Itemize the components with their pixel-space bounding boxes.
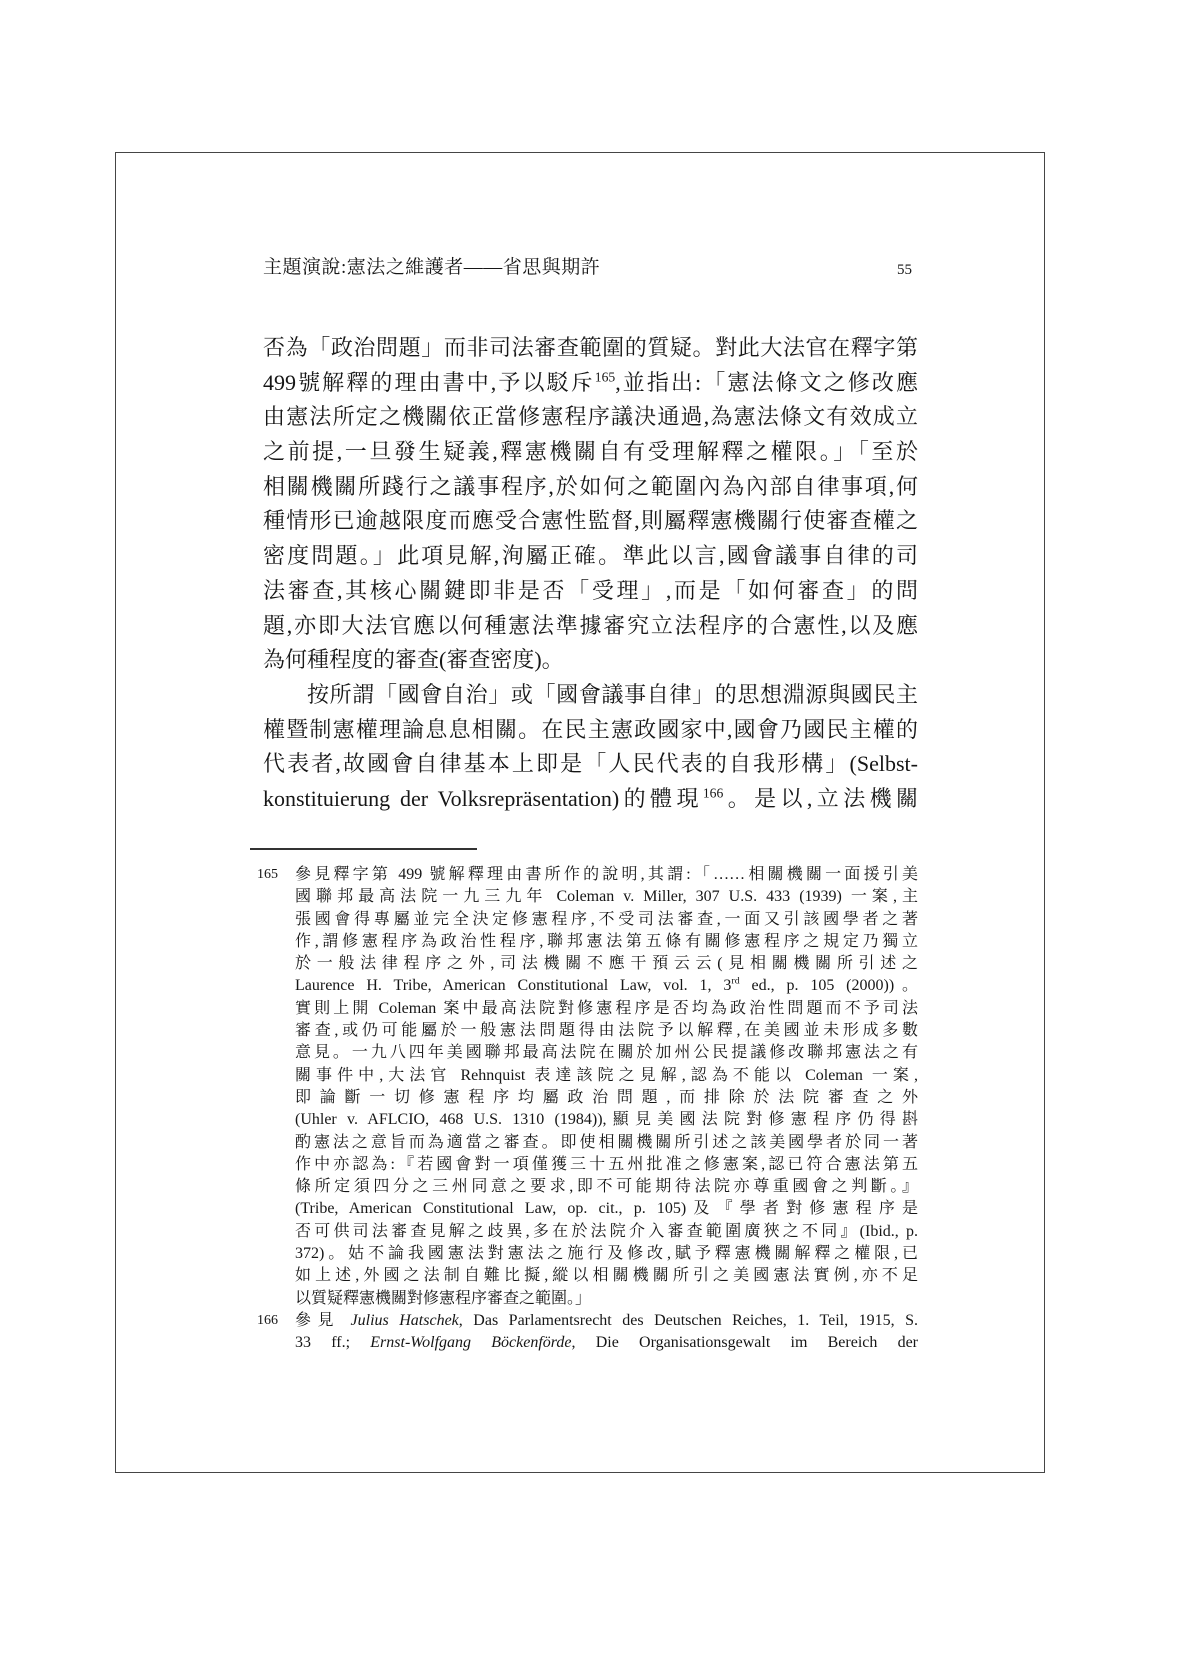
text-line: 否可供司法審查見解之歧異,多在於法院介入審查範圍廣狹之不同』(Ibid., p. [295, 1221, 918, 1243]
text-segment: 於一般法律程序之外,司法機關不應干預云云(見相關機關所引述之 [295, 955, 918, 972]
footnote-reference: rd [731, 976, 739, 987]
text-line: 代表者,故國會自律基本上即是「人民代表的自我形構」(Selbst- [263, 747, 918, 782]
text-line: Laurence H. Tribe, American Constitution… [295, 975, 918, 997]
text-line: 參見 Julius Hatschek, Das Parlamentsrecht … [295, 1310, 918, 1332]
text-segment: (Tribe, American Constitutional Law, op.… [295, 1200, 918, 1217]
text-segment: 審查,或仍可能屬於一般憲法問題得由法院予以解釋,在美國並未形成多數 [295, 1022, 918, 1039]
text-segment: 代表者,故國會自律基本上即是「人民代表的自我形構」(Selbst- [263, 751, 918, 776]
text-line: 張國會得專屬並完全決定修憲程序,不受司法審查,一面又引該國學者之著 [295, 909, 918, 931]
text-segment: 法審查,其核心關鍵即非是否「受理」,而是「如何審查」的問 [263, 578, 918, 603]
text-segment: 相關機關所踐行之議事程序,於如何之範圍內為內部自律事項,何 [263, 474, 918, 499]
text-line: 372)。姑不論我國憲法對憲法之施行及修改,賦予釋憲機關解釋之權限,已 [295, 1243, 918, 1265]
text-line: konstituierung der Volksrepräsentation)的… [263, 782, 918, 817]
text-line: 為何種程度的審查(審查密度)。 [263, 643, 918, 678]
text-line: 作中亦認為:『若國會對一項僅獲三十五州批准之修憲案,認已符合憲法第五 [295, 1154, 918, 1176]
footnote-separator-rule [250, 848, 477, 850]
footnote-number: 165 [257, 864, 278, 886]
text-line: 相關機關所踐行之議事程序,於如何之範圍內為內部自律事項,何 [263, 470, 918, 505]
page-title: 主題演說:憲法之維護者——省思與期許 [263, 254, 600, 282]
text-line: 由憲法所定之機關依正當修憲程序議決通過,為憲法條文有效成立 [263, 400, 918, 435]
text-segment: 種情形已逾越限度而應受合憲性監督,則屬釋憲機關行使審查權之 [263, 508, 918, 533]
text-segment: 33 ff.; [295, 1334, 370, 1351]
text-line: 按所謂「國會自治」或「國會議事自律」的思想淵源與國民主 [263, 678, 918, 713]
text-line: 權暨制憲權理論息息相關。在民主憲政國家中,國會乃國民主權的 [263, 713, 918, 748]
text-segment: ed., p. 105 (2000))。 [740, 977, 918, 994]
footnote-number: 166 [257, 1310, 278, 1332]
text-segment: 如上述,外國之法制自難比擬,縱以相關機關所引之美國憲法實例,亦不足 [295, 1267, 918, 1284]
text-segment: 參見 [295, 1312, 351, 1329]
text-line: 於一般法律程序之外,司法機關不應干預云云(見相關機關所引述之 [295, 953, 918, 975]
footnote-166: 166參見 Julius Hatschek, Das Parlamentsrec… [257, 1310, 918, 1355]
text-segment: 由憲法所定之機關依正當修憲程序議決通過,為憲法條文有效成立 [263, 404, 918, 429]
text-segment: ,並指出:「憲法條文之修改應 [615, 370, 918, 395]
footnote-reference: 166 [703, 786, 723, 801]
text-line: 審查,或仍可能屬於一般憲法問題得由法院予以解釋,在美國並未形成多數 [295, 1020, 918, 1042]
text-line: 法審查,其核心關鍵即非是否「受理」,而是「如何審查」的問 [263, 574, 918, 609]
footnote-165: 165參見釋字第 499 號解釋理由書所作的說明,其謂:「……相關機關一面援引美… [257, 864, 918, 1310]
text-segment: 題,亦即大法官應以何種憲法準據審究立法程序的合憲性,以及應 [263, 613, 918, 638]
text-segment: 國聯邦最高法院一九三九年 Coleman v. Miller, 307 U.S.… [295, 888, 918, 905]
text-segment: 意見。一九八四年美國聯邦最高法院在關於加州公民提議修改聯邦憲法之有 [295, 1044, 918, 1061]
text-line: 意見。一九八四年美國聯邦最高法院在關於加州公民提議修改聯邦憲法之有 [295, 1042, 918, 1064]
text-segment: 。是以,立法機關 [723, 786, 918, 811]
text-line: 作,謂修憲程序為政治性程序,聯邦憲法第五條有關修憲程序之規定乃獨立 [295, 931, 918, 953]
text-segment: 499號解釋的理由書中,予以駁斥 [263, 370, 595, 395]
text-segment: 以質疑釋憲機關對修憲程序審查之範圍。」 [295, 1290, 591, 1307]
footnote-reference: 165 [595, 369, 615, 384]
text-segment: 實則上開 Coleman 案中最高法院對修憲程序是否均為政治性問題而不予司法 [295, 1000, 918, 1017]
text-segment: 酌憲法之意旨而為適當之審查。即使相關機關所引述之該美國學者於同一著 [295, 1134, 918, 1151]
text-segment: 為何種程度的審查(審查密度)。 [263, 647, 564, 672]
text-line: 題,亦即大法官應以何種憲法準據審究立法程序的合憲性,以及應 [263, 609, 918, 644]
text-segment: 條所定須四分之三州同意之要求,即不可能期待法院亦尊重國會之判斷。』 [295, 1178, 918, 1195]
text-line: 以質疑釋憲機關對修憲程序審查之範圍。」 [295, 1288, 918, 1310]
text-line: (Uhler v. AFLCIO, 468 U.S. 1310 (1984)),… [295, 1109, 918, 1131]
text-segment: Julius Hatschek [351, 1312, 459, 1329]
text-line: 33 ff.; Ernst-Wolfgang Böckenförde, Die … [295, 1332, 918, 1354]
text-line: 如上述,外國之法制自難比擬,縱以相關機關所引之美國憲法實例,亦不足 [295, 1265, 918, 1287]
text-line: 關事件中,大法官 Rehnquist 表達該院之見解,認為不能以 Coleman… [295, 1065, 918, 1087]
document-page: { "colors": { "text": "#161616", "border… [0, 0, 1177, 1664]
text-line: 條所定須四分之三州同意之要求,即不可能期待法院亦尊重國會之判斷。』 [295, 1176, 918, 1198]
text-line: 密度問題。」此項見解,洵屬正確。準此以言,國會議事自律的司 [263, 539, 918, 574]
page-number: 55 [897, 258, 918, 282]
text-line: (Tribe, American Constitutional Law, op.… [295, 1198, 918, 1220]
text-line: 國聯邦最高法院一九三九年 Coleman v. Miller, 307 U.S.… [295, 886, 918, 908]
text-line: 之前提,一旦發生疑義,釋憲機關自有受理解釋之權限。」「至於 [263, 435, 918, 470]
text-segment: 權暨制憲權理論息息相關。在民主憲政國家中,國會乃國民主權的 [263, 717, 918, 742]
text-segment: 即論斷一切修憲程序均屬政治問題,而排除於法院審查之外 [295, 1089, 918, 1106]
text-line: 參見釋字第 499 號解釋理由書所作的說明,其謂:「……相關機關一面援引美 [295, 864, 918, 886]
text-segment: 否可供司法審查見解之歧異,多在於法院介入審查範圍廣狹之不同』(Ibid., p. [295, 1223, 918, 1240]
text-segment: 之前提,一旦發生疑義,釋憲機關自有受理解釋之權限。」「至於 [263, 439, 918, 464]
text-segment: 參見釋字第 499 號解釋理由書所作的說明,其謂:「……相關機關一面援引美 [295, 866, 918, 883]
text-segment: 密度問題。」此項見解,洵屬正確。準此以言,國會議事自律的司 [263, 543, 918, 568]
text-segment: Ernst-Wolfgang Böckenförde [370, 1334, 571, 1351]
text-segment: , Die Organisationsgewalt im Bereich der [572, 1334, 919, 1351]
text-segment: 否為「政治問題」而非司法審查範圍的質疑。對此大法官在釋字第 [263, 335, 918, 360]
text-line: 即論斷一切修憲程序均屬政治問題,而排除於法院審查之外 [295, 1087, 918, 1109]
text-segment: 關事件中,大法官 Rehnquist 表達該院之見解,認為不能以 Coleman… [295, 1067, 918, 1084]
body-text: 否為「政治問題」而非司法審查範圍的質疑。對此大法官在釋字第499號解釋的理由書中… [263, 331, 918, 817]
text-line: 酌憲法之意旨而為適當之審查。即使相關機關所引述之該美國學者於同一著 [295, 1132, 918, 1154]
footnotes-section: 165參見釋字第 499 號解釋理由書所作的說明,其謂:「……相關機關一面援引美… [257, 864, 918, 1355]
text-segment: 372)。姑不論我國憲法對憲法之施行及修改,賦予釋憲機關解釋之權限,已 [295, 1245, 918, 1262]
text-line: 否為「政治問題」而非司法審查範圍的質疑。對此大法官在釋字第 [263, 331, 918, 366]
text-segment: Laurence H. Tribe, American Constitution… [295, 977, 731, 994]
text-line: 實則上開 Coleman 案中最高法院對修憲程序是否均為政治性問題而不予司法 [295, 998, 918, 1020]
text-segment: 張國會得專屬並完全決定修憲程序,不受司法審查,一面又引該國學者之著 [295, 911, 918, 928]
page-header: 主題演說:憲法之維護者——省思與期許 55 [263, 252, 918, 282]
text-segment: konstituierung der Volksrepräsentation)的… [263, 786, 703, 811]
text-line: 499號解釋的理由書中,予以駁斥165,並指出:「憲法條文之修改應 [263, 366, 918, 401]
text-segment: 按所謂「國會自治」或「國會議事自律」的思想淵源與國民主 [307, 682, 918, 707]
text-line: 種情形已逾越限度而應受合憲性監督,則屬釋憲機關行使審查權之 [263, 504, 918, 539]
text-segment: , Das Parlamentsrecht des Deutschen Reic… [459, 1312, 918, 1329]
text-segment: (Uhler v. AFLCIO, 468 U.S. 1310 (1984)),… [295, 1111, 918, 1128]
text-segment: 作,謂修憲程序為政治性程序,聯邦憲法第五條有關修憲程序之規定乃獨立 [295, 933, 918, 950]
text-segment: 作中亦認為:『若國會對一項僅獲三十五州批准之修憲案,認已符合憲法第五 [295, 1156, 918, 1173]
